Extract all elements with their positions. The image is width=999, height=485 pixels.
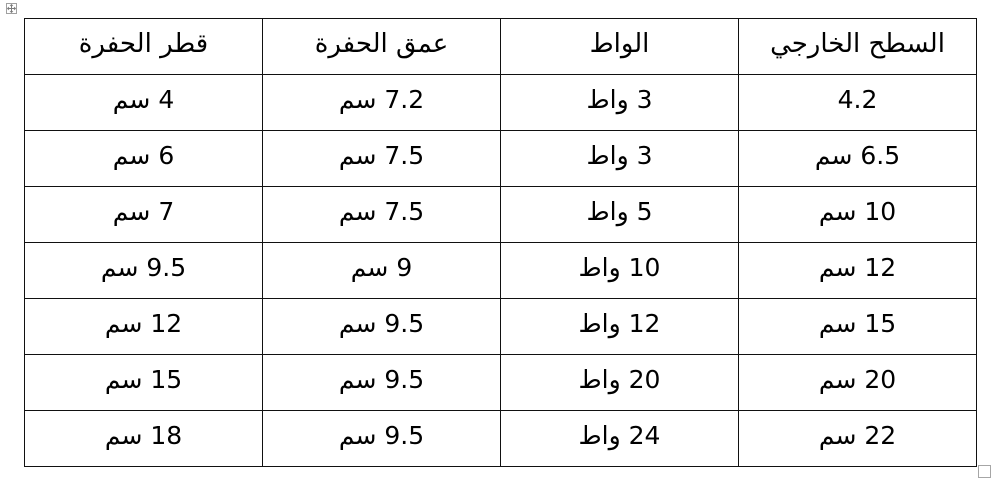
header-label: قطر الحفرة (79, 31, 208, 63)
table-cell[interactable]: 10 واط (501, 243, 739, 299)
header-hole-depth[interactable]: عمق الحفرة (263, 19, 501, 75)
table-move-handle[interactable] (6, 3, 17, 14)
cell-text: 12 سم (105, 311, 182, 342)
table-cell[interactable]: 7.2 سم (263, 75, 501, 131)
table-cell[interactable]: 15 سم (739, 299, 977, 355)
cell-text: 4 سم (113, 87, 174, 118)
cell-text: 9.5 سم (101, 255, 186, 286)
cell-text: 6 سم (113, 143, 174, 174)
header-label: الواط (590, 31, 650, 63)
cell-text: 12 واط (579, 311, 661, 342)
cell-text: 3 واط (587, 143, 653, 174)
table-cell[interactable]: 15 سم (25, 355, 263, 411)
table-cell[interactable]: 20 واط (501, 355, 739, 411)
cell-text: 15 سم (105, 367, 182, 398)
table-cell[interactable]: 6 سم (25, 131, 263, 187)
cell-text: 4.2 (838, 87, 878, 118)
table-cell[interactable]: 7 سم (25, 187, 263, 243)
cell-text: 15 سم (819, 311, 896, 342)
table-cell[interactable]: 9 سم (263, 243, 501, 299)
table-cell[interactable]: 7.5 سم (263, 187, 501, 243)
table-row: 20 سم 20 واط 9.5 سم 15 سم (25, 355, 977, 411)
table-cell[interactable]: 10 سم (739, 187, 977, 243)
table-cell[interactable]: 18 سم (25, 411, 263, 467)
cell-text: 20 سم (819, 367, 896, 398)
cell-text: 24 واط (579, 423, 661, 454)
table-row: 6.5 سم 3 واط 7.5 سم 6 سم (25, 131, 977, 187)
data-table: السطح الخارجي الواط عمق الحفرة قطر الحفر… (24, 18, 977, 467)
table-resize-handle[interactable] (978, 465, 991, 478)
table-cell[interactable]: 3 واط (501, 131, 739, 187)
table-cell[interactable]: 6.5 سم (739, 131, 977, 187)
cell-text: 9.5 سم (339, 367, 424, 398)
cell-text: 7.5 سم (339, 143, 424, 174)
cell-text: 5 واط (587, 199, 653, 230)
header-hole-diameter[interactable]: قطر الحفرة (25, 19, 263, 75)
table-cell[interactable]: 3 واط (501, 75, 739, 131)
cell-text: 22 سم (819, 423, 896, 454)
cell-text: 7.5 سم (339, 199, 424, 230)
table-cell[interactable]: 9.5 سم (25, 243, 263, 299)
table-cell[interactable]: 4 سم (25, 75, 263, 131)
table-cell[interactable]: 9.5 سم (263, 355, 501, 411)
cell-text: 10 واط (579, 255, 661, 286)
cell-text: 3 واط (587, 87, 653, 118)
table-cell[interactable]: 5 واط (501, 187, 739, 243)
cell-text: 10 سم (819, 199, 896, 230)
cell-text: 6.5 سم (815, 143, 900, 174)
table-cell[interactable]: 12 سم (25, 299, 263, 355)
table-cell[interactable]: 12 واط (501, 299, 739, 355)
table-row: 22 سم 24 واط 9.5 سم 18 سم (25, 411, 977, 467)
table-cell[interactable]: 4.2 (739, 75, 977, 131)
table-cell[interactable]: 22 سم (739, 411, 977, 467)
header-label: السطح الخارجي (770, 31, 945, 63)
table-row: 4.2 3 واط 7.2 سم 4 سم (25, 75, 977, 131)
table-cell[interactable]: 9.5 سم (263, 299, 501, 355)
move-cross-icon (7, 4, 16, 13)
cell-text: 9.5 سم (339, 311, 424, 342)
table-cell[interactable]: 24 واط (501, 411, 739, 467)
table-header-row: السطح الخارجي الواط عمق الحفرة قطر الحفر… (25, 19, 977, 75)
cell-text: 18 سم (105, 423, 182, 454)
header-label: عمق الحفرة (315, 31, 449, 63)
table-row: 10 سم 5 واط 7.5 سم 7 سم (25, 187, 977, 243)
table-cell[interactable]: 12 سم (739, 243, 977, 299)
table-cell[interactable]: 20 سم (739, 355, 977, 411)
cell-text: 9.5 سم (339, 423, 424, 454)
cell-text: 9 سم (351, 255, 412, 286)
table-cell[interactable]: 7.5 سم (263, 131, 501, 187)
cell-text: 7.2 سم (339, 87, 424, 118)
header-watt[interactable]: الواط (501, 19, 739, 75)
header-outer-surface[interactable]: السطح الخارجي (739, 19, 977, 75)
cell-text: 12 سم (819, 255, 896, 286)
cell-text: 20 واط (579, 367, 661, 398)
table-row: 12 سم 10 واط 9 سم 9.5 سم (25, 243, 977, 299)
table-row: 15 سم 12 واط 9.5 سم 12 سم (25, 299, 977, 355)
table-cell[interactable]: 9.5 سم (263, 411, 501, 467)
cell-text: 7 سم (113, 199, 174, 230)
